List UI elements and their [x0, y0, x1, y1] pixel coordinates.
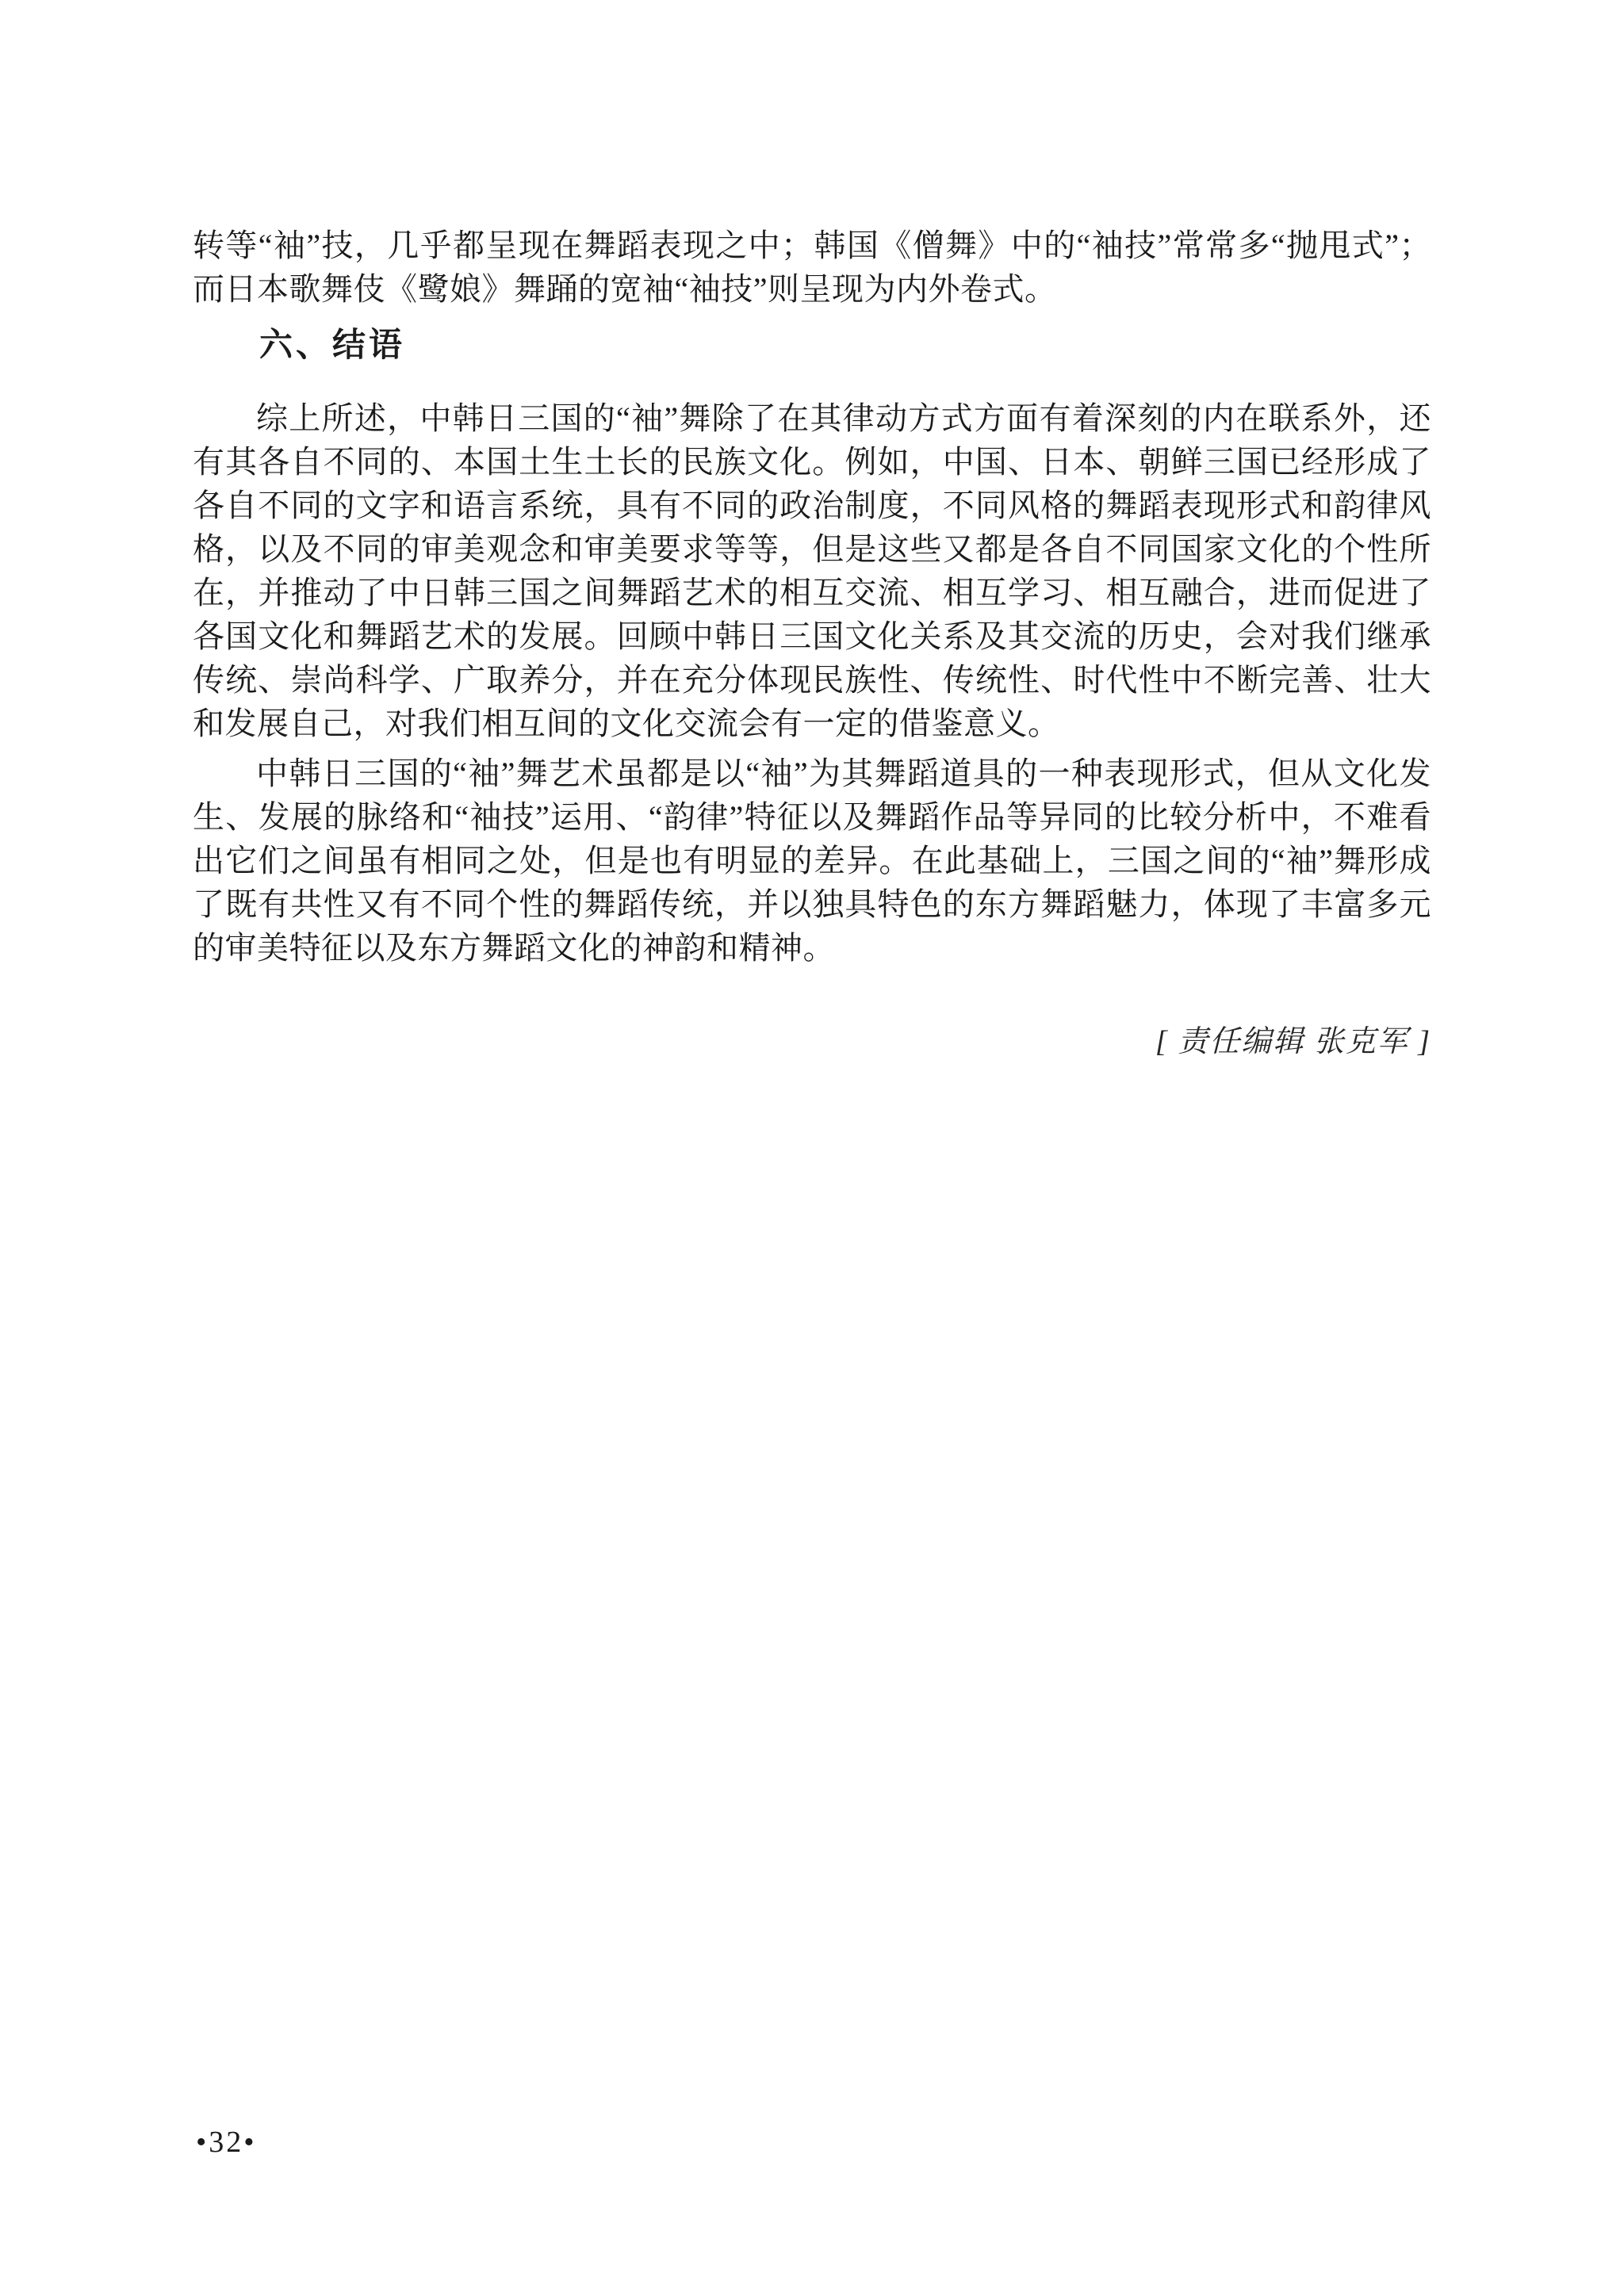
editor-credit: [ 责任编辑 张克军 ] [193, 1020, 1431, 1064]
document-page: 转等“袖”技，几乎都呈现在舞蹈表现之中；韩国《僧舞》中的“袖技”常常多“抛甩式”… [0, 0, 1624, 2296]
conclusion-paragraph-1: 综上所述，中韩日三国的“袖”舞除了在其律动方式方面有着深刻的内在联系外，还有其各… [193, 396, 1431, 745]
page-number: •32• [196, 2125, 257, 2160]
article-text-block: 转等“袖”技，几乎都呈现在舞蹈表现之中；韩国《僧舞》中的“袖技”常常多“抛甩式”… [193, 224, 1431, 1064]
conclusion-paragraph-2: 中韩日三国的“袖”舞艺术虽都是以“袖”为其舞蹈道具的一种表现形式，但从文化发生、… [193, 752, 1431, 970]
continuation-paragraph: 转等“袖”技，几乎都呈现在舞蹈表现之中；韩国《僧舞》中的“袖技”常常多“抛甩式”… [193, 224, 1431, 311]
section-heading: 六、结语 [193, 323, 1431, 366]
